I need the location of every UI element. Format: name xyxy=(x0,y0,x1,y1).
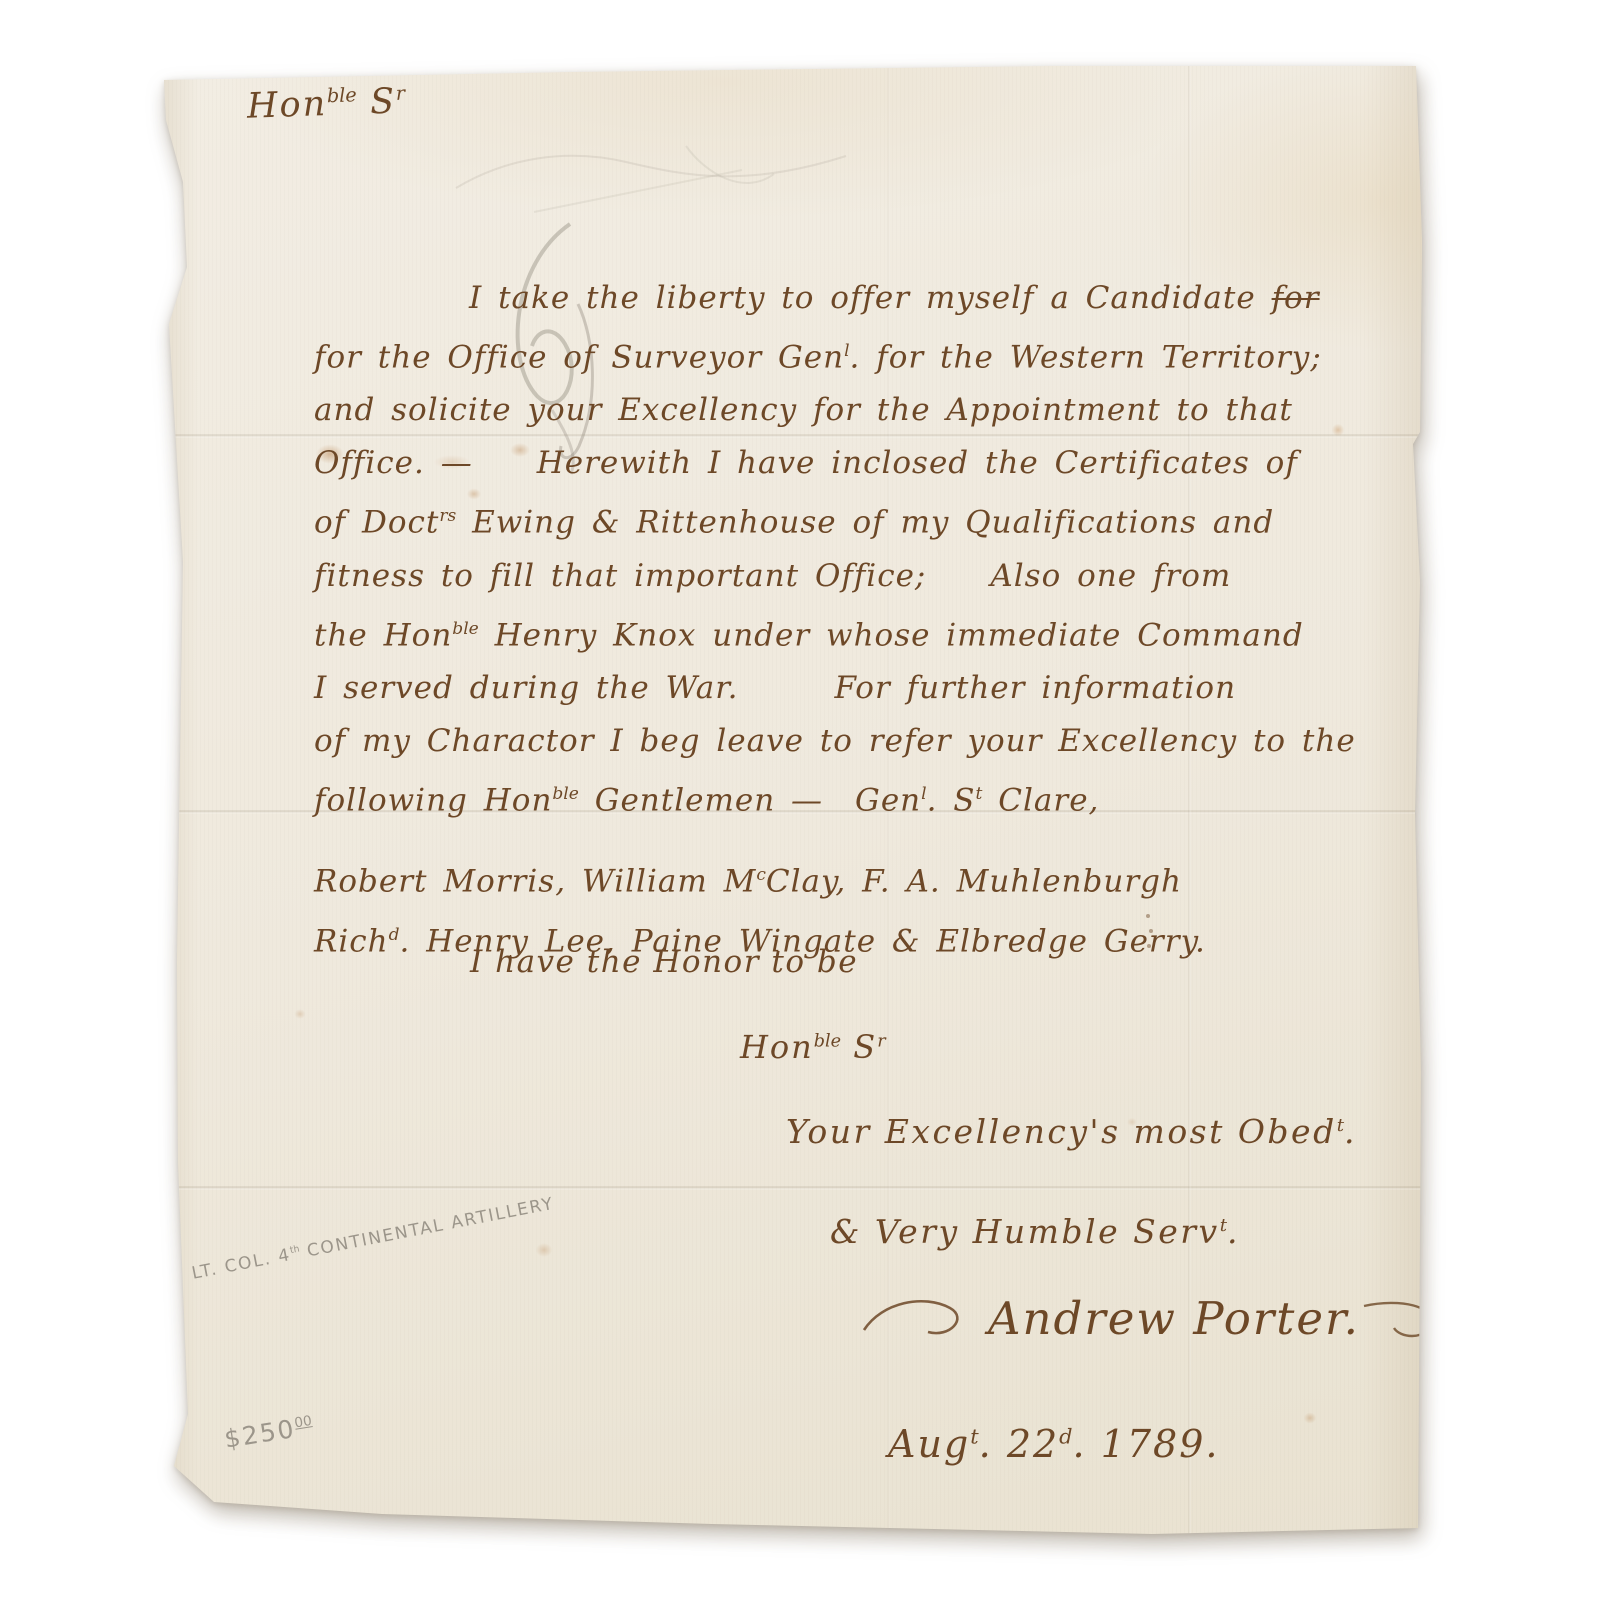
letter-body: I take the liberty to offer myself a Can… xyxy=(314,272,1439,968)
signature-flourish xyxy=(858,1290,998,1346)
body-line-10: following Honble Gentlemen — Genl. St Cl… xyxy=(314,768,1439,827)
date-line: Augt. 22d. 1789. xyxy=(888,1422,1220,1466)
body-line-9: of my Charactor I beg leave to refer you… xyxy=(314,715,1439,768)
photo-background: Honble Sr I take the liberty to offer my… xyxy=(0,0,1600,1600)
closing-line-2: & Very Humble Servt. xyxy=(830,1212,1240,1251)
pencil-annotation-rank: LT. COL. 4th CONTINENTAL ARTILLERY xyxy=(190,1194,556,1284)
body-line-1: I take the liberty to offer myself a Can… xyxy=(314,272,1439,325)
body-line-2: for the Office of Surveyor Genl. for the… xyxy=(314,325,1439,384)
body-line-3: and solicite your Excellency for the App… xyxy=(314,384,1439,437)
closing-salutation: Honble Sr xyxy=(740,1028,886,1066)
body-line-7: the Honble Henry Knox under whose immedi… xyxy=(314,603,1439,662)
signature: Andrew Porter. xyxy=(858,1288,1450,1348)
body-line-11: Robert Morris, William McClay, F. A. Muh… xyxy=(314,849,1439,908)
signature-name: Andrew Porter. xyxy=(988,1292,1360,1345)
honor-line: I have the Honor to be xyxy=(470,944,858,980)
body-line-8: I served during the War. For further inf… xyxy=(314,662,1439,715)
signature-tail-flourish xyxy=(1360,1288,1450,1348)
body-line-5: of Doctrs Ewing & Rittenhouse of my Qual… xyxy=(314,490,1439,549)
letter-paper-wrapper: Honble Sr I take the liberty to offer my… xyxy=(152,62,1424,1540)
letter-paper: Honble Sr I take the liberty to offer my… xyxy=(152,62,1424,1540)
closing-line-1: Your Excellency's most Obedt. xyxy=(786,1112,1357,1151)
ink-dots xyxy=(1146,914,1150,918)
salutation: Honble Sr xyxy=(246,81,406,127)
fold-crease-horizontal-3 xyxy=(152,1186,1424,1190)
pencil-annotation-price: $25000 xyxy=(222,1411,315,1454)
body-line-4: Office. — Herewith I have inclosed the C… xyxy=(314,437,1439,490)
body-line-6: fitness to fill that important Office; A… xyxy=(314,550,1439,603)
